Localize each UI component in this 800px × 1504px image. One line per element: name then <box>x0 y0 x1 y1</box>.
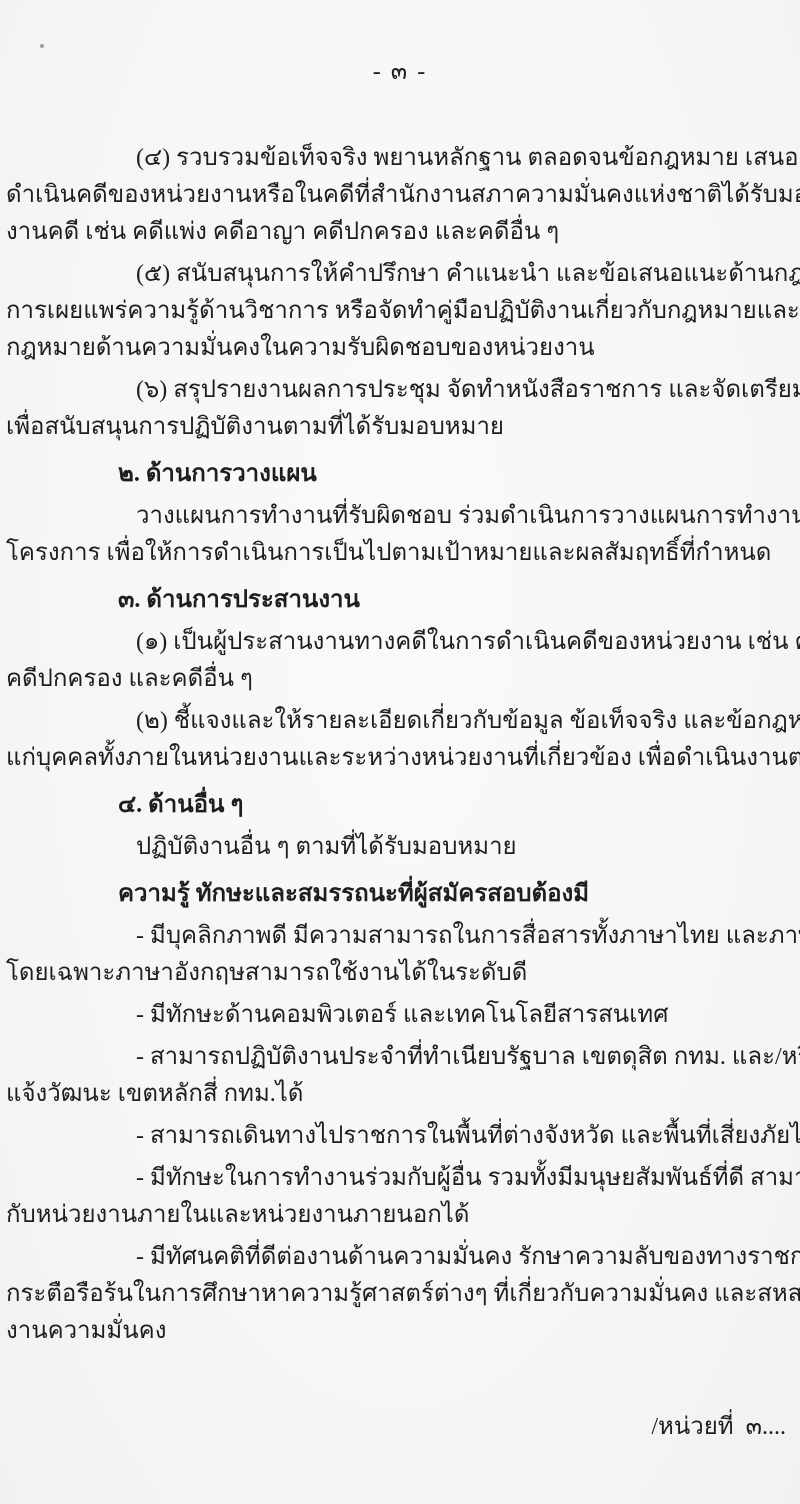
text-line: ดำเนินคดีของหน่วยงานหรือในคดีที่สำนักงาน… <box>6 177 794 214</box>
heading-text: ๔. ด้านอื่น ๆ <box>118 787 794 824</box>
section-heading-qualifications: ความรู้ ทักษะและสมรรถนะที่ผู้สมัครสอบต้อ… <box>6 876 794 913</box>
text-line: - มีทักษะด้านคอมพิวเตอร์ และเทคโนโลยีสาร… <box>6 997 794 1034</box>
text-line: - สามารถเดินทางไปราชการในพื้นที่ต่างจังห… <box>6 1118 794 1155</box>
section-heading-planning: ๒. ด้านการวางแผน <box>6 456 794 493</box>
qualification-item-1: - มีบุคลิกภาพดี มีความสามารถในการสื่อสาร… <box>6 918 794 992</box>
text-line: แก่บุคคลทั้งภายในหน่วยงานและระหว่างหน่วย… <box>6 740 794 777</box>
text-line: - มีทัศนคติที่ดีต่องานด้านความมั่นคง รัก… <box>6 1239 794 1276</box>
coordination-item-2: (๒) ชี้แจงและให้รายละเอียดเกี่ยวกับข้อมู… <box>6 703 794 777</box>
duty-item-4: (๔) รวบรวมข้อเท็จจริง พยานหลักฐาน ตลอดจน… <box>6 140 794 251</box>
text-line: - สามารถปฏิบัติงานประจำที่ทำเนียบรัฐบาล … <box>6 1039 794 1076</box>
section-heading-other: ๔. ด้านอื่น ๆ <box>6 787 794 824</box>
text-line: - มีทักษะในการทำงานร่วมกับผู้อื่น รวมทั้… <box>6 1160 794 1197</box>
text-line: วางแผนการทำงานที่รับผิดชอบ ร่วมดำเนินการ… <box>6 498 794 535</box>
text-line: กระตือรือร้นในการศึกษาหาความรู้ศาสตร์ต่า… <box>6 1276 794 1313</box>
text-line: โครงการ เพื่อให้การดำเนินการเป็นไปตามเป้… <box>6 535 794 572</box>
qualification-item-6: - มีทัศนคติที่ดีต่องานด้านความมั่นคง รัก… <box>6 1239 794 1350</box>
text-line: กฎหมายด้านความมั่นคงในความรับผิดชอบของหน… <box>6 330 794 367</box>
heading-text: ๓. ด้านการประสานงาน <box>118 582 794 619</box>
continuation-footer: /หน่วยที่ ๓.... <box>651 1412 786 1442</box>
text-line: แจ้งวัฒนะ เขตหลักสี่ กทม.ได้ <box>6 1076 794 1113</box>
text-line: (๒) ชี้แจงและให้รายละเอียดเกี่ยวกับข้อมู… <box>6 703 794 740</box>
document-body: (๔) รวบรวมข้อเท็จจริง พยานหลักฐาน ตลอดจน… <box>0 140 800 1350</box>
scan-artifact-dot <box>40 44 44 48</box>
text-line: งานคดี เช่น คดีแพ่ง คดีอาญา คดีปกครอง แล… <box>6 214 794 251</box>
heading-text: ความรู้ ทักษะและสมรรถนะที่ผู้สมัครสอบต้อ… <box>118 876 794 913</box>
text-line: (๑) เป็นผู้ประสานงานทางคดีในการดำเนินคดี… <box>6 624 794 661</box>
text-line: คดีปกครอง และคดีอื่น ๆ <box>6 661 794 698</box>
planning-paragraph: วางแผนการทำงานที่รับผิดชอบ ร่วมดำเนินการ… <box>6 498 794 572</box>
section-heading-coordination: ๓. ด้านการประสานงาน <box>6 582 794 619</box>
text-line: (๖) สรุปรายงานผลการประชุม จัดทำหนังสือรา… <box>6 372 794 409</box>
text-line: (๕) สนับสนุนการให้คำปรึกษา คำแนะนำ และข้… <box>6 256 794 293</box>
qualification-item-2: - มีทักษะด้านคอมพิวเตอร์ และเทคโนโลยีสาร… <box>6 997 794 1034</box>
text-line: - มีบุคลิกภาพดี มีความสามารถในการสื่อสาร… <box>6 918 794 955</box>
text-line: การเผยแพร่ความรู้ด้านวิชาการ หรือจัดทำคู… <box>6 293 794 330</box>
page-number: - ๓ - <box>0 0 800 86</box>
text-line: กับหน่วยงานภายในและหน่วยงานภายนอกได้ <box>6 1197 794 1234</box>
text-line: เพื่อสนับสนุนการปฏิบัติงานตามที่ได้รับมอ… <box>6 409 794 446</box>
duty-item-5: (๕) สนับสนุนการให้คำปรึกษา คำแนะนำ และข้… <box>6 256 794 367</box>
document-page: - ๓ - (๔) รวบรวมข้อเท็จจริง พยานหลักฐาน … <box>0 0 800 1504</box>
coordination-item-1: (๑) เป็นผู้ประสานงานทางคดีในการดำเนินคดี… <box>6 624 794 698</box>
text-line: ปฏิบัติงานอื่น ๆ ตามที่ได้รับมอบหมาย <box>6 829 794 866</box>
qualification-item-4: - สามารถเดินทางไปราชการในพื้นที่ต่างจังห… <box>6 1118 794 1155</box>
text-line: โดยเฉพาะภาษาอังกฤษสามารถใช้งานได้ในระดับ… <box>6 955 794 992</box>
heading-text: ๒. ด้านการวางแผน <box>118 456 794 493</box>
other-duties-paragraph: ปฏิบัติงานอื่น ๆ ตามที่ได้รับมอบหมาย <box>6 829 794 866</box>
duty-item-6: (๖) สรุปรายงานผลการประชุม จัดทำหนังสือรา… <box>6 372 794 446</box>
qualification-item-5: - มีทักษะในการทำงานร่วมกับผู้อื่น รวมทั้… <box>6 1160 794 1234</box>
qualification-item-3: - สามารถปฏิบัติงานประจำที่ทำเนียบรัฐบาล … <box>6 1039 794 1113</box>
text-line: งานความมั่นคง <box>6 1313 794 1350</box>
text-line: (๔) รวบรวมข้อเท็จจริง พยานหลักฐาน ตลอดจน… <box>6 140 794 177</box>
